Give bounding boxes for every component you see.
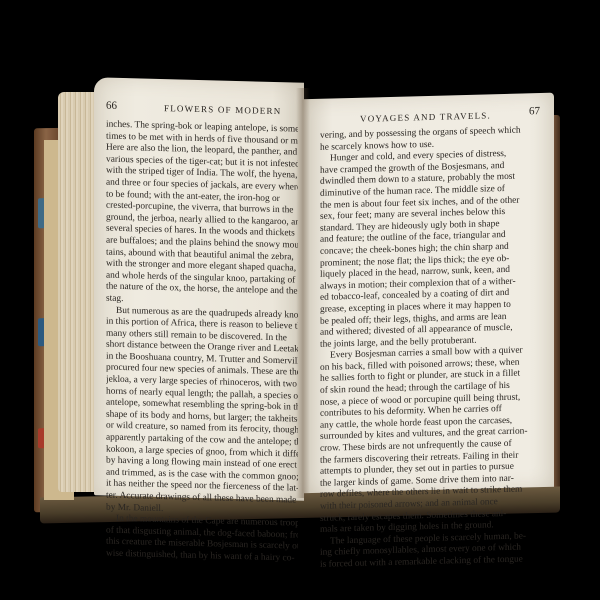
left-page-header: 66 FLOWERS OF MODERN (106, 102, 304, 121)
right-page-text: vering, and by possessing the organs of … (320, 125, 538, 571)
running-head: FLOWERS OF MODERN (164, 103, 281, 116)
book-photo: 66 FLOWERS OF MODERN inches. The spring-… (0, 0, 600, 600)
right-page: VOYAGES AND TRAVELS. 67 vering, and by p… (302, 93, 554, 494)
book-gutter (296, 88, 310, 498)
page-number: 66 (106, 100, 117, 112)
page-number: 67 (529, 105, 540, 117)
running-head: VOYAGES AND TRAVELS. (360, 110, 491, 123)
right-page-header: VOYAGES AND TRAVELS. 67 (320, 107, 554, 127)
left-page-text: inches. The spring-bok or leaping antelo… (106, 120, 298, 566)
left-page: 66 FLOWERS OF MODERN inches. The spring-… (94, 77, 304, 500)
